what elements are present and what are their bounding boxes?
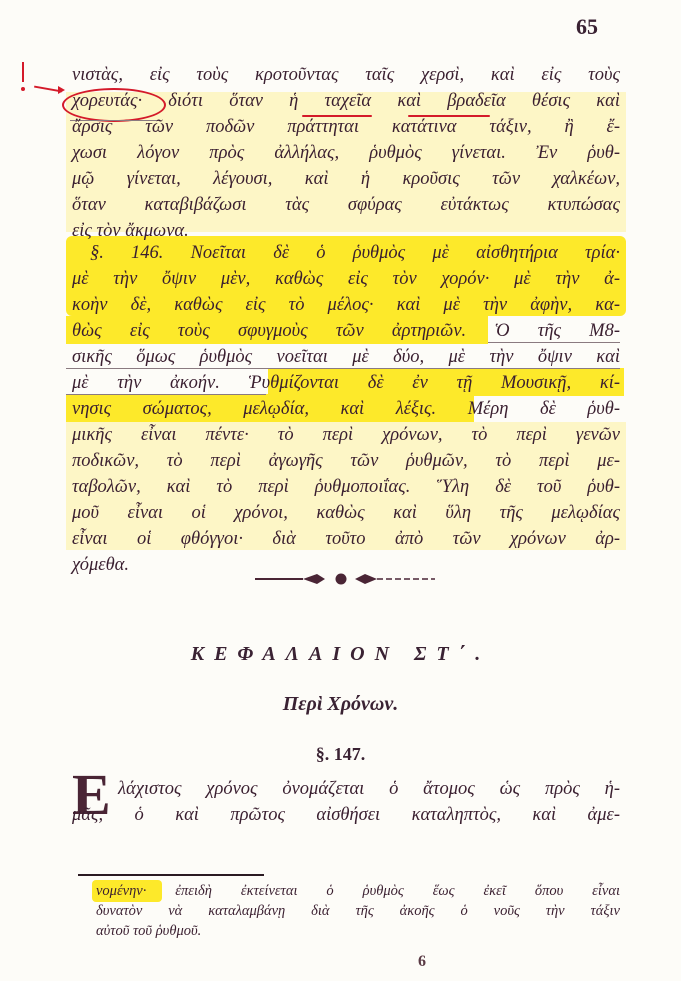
- page-number: 65: [576, 14, 598, 40]
- section-146-line: §. 146. Νοεῖται δὲ ὁ ῥυθμὸς μὲ αἰσθητήρι…: [90, 240, 620, 266]
- footnote-line: δυνατὸν νὰ καταλαμβάνῃ διὰ τῆς ἀκοῆς ὁ ν…: [96, 901, 620, 921]
- chapter-line: μᾶς, ὁ καὶ πρῶτος αἰσθήσει καταληπτὸς, κ…: [72, 802, 620, 828]
- footnote-line: αὐτοῦ τοῦ ῥυθμοῦ.: [96, 921, 620, 941]
- body-line: μῷ γίνεται, λέγουσι, καὶ ἡ κροῦσις τῶν χ…: [72, 166, 620, 192]
- chapter-title: ΚΕΦΑΛΑΙΟΝ ΣΤ΄.: [0, 643, 681, 666]
- body-line: μοῦ εἶναι οἱ χρόνοι, καθὼς καὶ ὕλη τῆς μ…: [72, 500, 620, 526]
- arrow-head-icon: [58, 86, 65, 94]
- body-line: εἶναι οἱ φθόγγοι· διὰ τοῦτο ἀπὸ τῶν χρόν…: [72, 526, 620, 552]
- body-line: ἄρσις τῶν ποδῶν πράττηται κατάτινα τάξιν…: [72, 114, 620, 140]
- body-line: ταβολῶν, καὶ τὸ περὶ ῥυθμοποιΐας. Ὕλη δὲ…: [72, 474, 620, 500]
- signature-mark: 6: [418, 953, 426, 971]
- body-line: σικῆς ὅμως ῥυθμὸς νοεῖται μὲ δύο, μὲ τὴν…: [72, 344, 620, 370]
- body-line: νησις σώματος, μελῳδία, καὶ λέξις. Μέρη …: [72, 396, 620, 422]
- body-line: μὲ τὴν ὄψιν μὲν, καθὼς εἰς τὸν χορόν· μὲ…: [72, 266, 620, 292]
- body-line: χωσι λόγον πρὸς ἀλλήλας, ῥυθμὸς γίνεται.…: [72, 140, 620, 166]
- body-line: ὅταν καταβιβάζωσι τὰς σφύρας εὐτάκτως κτ…: [72, 192, 620, 218]
- ornament-divider-icon: [255, 570, 435, 588]
- body-line: νιστὰς, εἰς τοὺς κροτοῦντας ταῖς χερσὶ, …: [72, 62, 620, 88]
- body-line: μικῆς εἶναι πέντε· τὸ περὶ χρόνων, τὸ πε…: [72, 422, 620, 448]
- footnote-line: νομένην· ἐπειδὴ ἐκτείνεται ὁ ῥυθμὸς ἕως …: [96, 881, 620, 901]
- footnote-rule: [78, 874, 264, 876]
- exclamation-dot-annotation: [21, 87, 25, 91]
- body-line: θὼς εἰς τοὺς σφυγμοὺς τῶν ἀρτηριῶν. Ὁ τῆ…: [72, 318, 620, 344]
- body-line: ποδικῶν, τὸ περὶ ἀγωγῆς τῶν ῥυθμῶν, τὸ π…: [72, 448, 620, 474]
- exclamation-mark-annotation: [22, 62, 24, 82]
- chapter-line: λάχιστος χρόνος ὀνομάζεται ὁ ἄτομος ὡς π…: [118, 776, 620, 802]
- body-line: μὲ τὴν ἀκοήν. Ῥυθμίζονται δὲ ἐν τῇ Μουσι…: [72, 370, 620, 396]
- chapter-subtitle: Περὶ Χρόνων.: [0, 693, 681, 716]
- body-line: χορευτάς· διότι ὅταν ἡ ταχεῖα καὶ βραδεῖ…: [72, 88, 620, 114]
- body-line: κοὴν δὲ, καθὼς εἰς τὸ μέλος· καὶ μὲ τὴν …: [72, 292, 620, 318]
